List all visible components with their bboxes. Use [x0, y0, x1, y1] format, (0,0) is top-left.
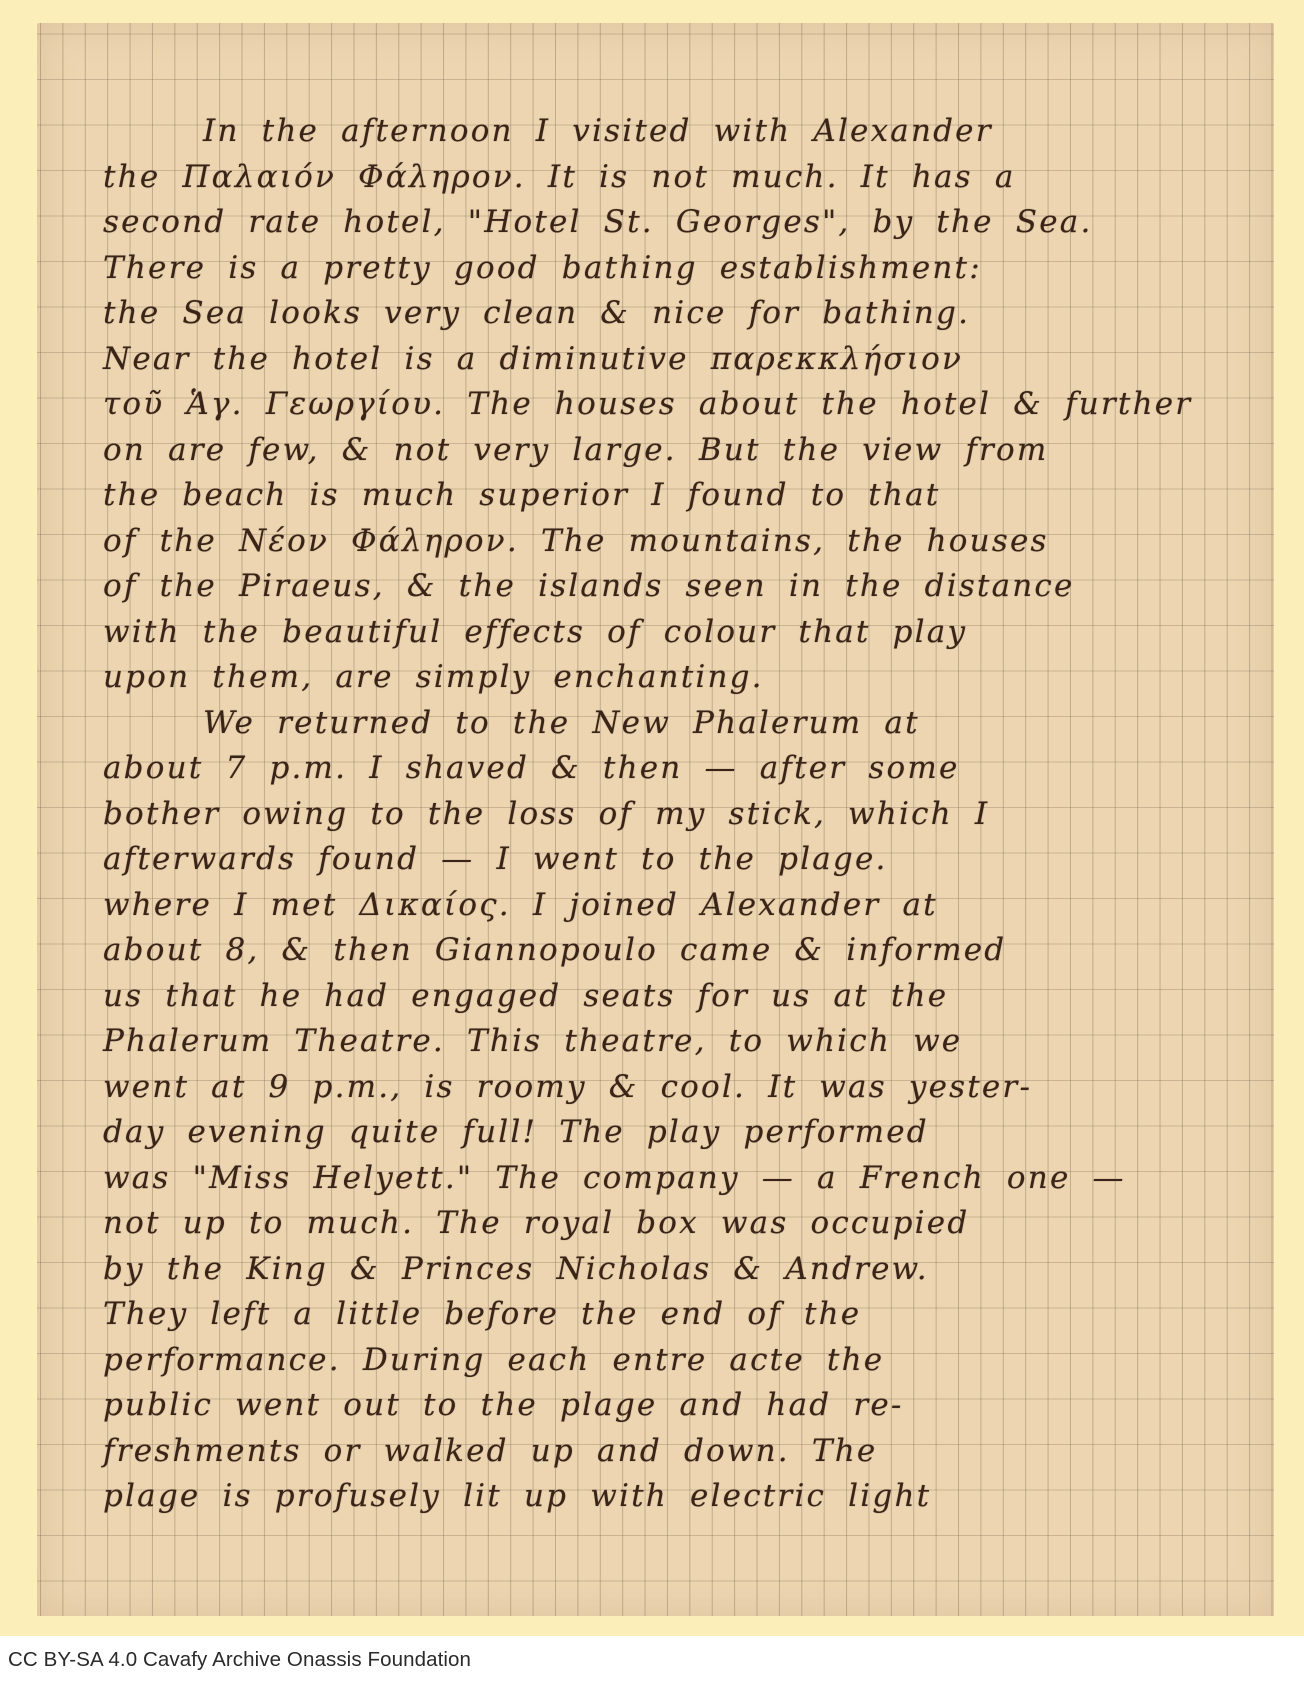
text-line: They left a little before the end of the [103, 1292, 1283, 1338]
text-line: Phalerum Theatre. This theatre, to which… [103, 1019, 1283, 1065]
text-line: us that he had engaged seats for us at t… [103, 974, 1283, 1020]
text-line: There is a pretty good bathing establish… [103, 246, 1283, 292]
text-line: performance. During each entre acte the [103, 1338, 1283, 1384]
text-line: was "Miss Helyett." The company — a Fren… [103, 1156, 1283, 1202]
text-line: not up to much. The royal box was occupi… [103, 1201, 1283, 1247]
license-credit: CC BY-SA 4.0 Cavafy Archive Onassis Foun… [8, 1648, 471, 1672]
text-line: public went out to the plage and had re- [103, 1383, 1283, 1429]
text-line: on are few, & not very large. But the vi… [103, 428, 1283, 474]
text-line: went at 9 p.m., is roomy & cool. It was … [103, 1065, 1283, 1111]
text-line: by the King & Princes Nicholas & Andrew. [103, 1247, 1283, 1293]
text-line: the Παλαιόν Φάληρον. It is not much. It … [103, 155, 1283, 201]
text-line: the Sea looks very clean & nice for bath… [103, 291, 1283, 337]
text-line: τοῦ Ἁγ. Γεωργίου. The houses about the h… [103, 382, 1283, 428]
text-line: day evening quite full! The play perform… [103, 1110, 1283, 1156]
text-line: with the beautiful effects of colour tha… [103, 610, 1283, 656]
ruled-paper-sheet: In the afternoon I visited with Alexande… [37, 23, 1274, 1616]
text-line: about 8, & then Giannopoulo came & infor… [103, 928, 1283, 974]
handwritten-text: In the afternoon I visited with Alexande… [103, 109, 1283, 1520]
text-line: bother owing to the loss of my stick, wh… [103, 792, 1283, 838]
text-line: of the Piraeus, & the islands seen in th… [103, 564, 1283, 610]
text-line: of the Νέον Φάληρον. The mountains, the … [103, 519, 1283, 565]
text-line: where I met Δικαίος. I joined Alexander … [103, 883, 1283, 929]
text-line: the beach is much superior I found to th… [103, 473, 1283, 519]
text-line: upon them, are simply enchanting. [103, 655, 1283, 701]
text-line: In the afternoon I visited with Alexande… [103, 109, 1283, 155]
text-line: afterwards found — I went to the plage. [103, 837, 1283, 883]
text-line: second rate hotel, "Hotel St. Georges", … [103, 200, 1283, 246]
text-line: plage is profusely lit up with electric … [103, 1474, 1283, 1520]
text-line: We returned to the New Phalerum at [103, 701, 1283, 747]
text-line: Near the hotel is a diminutive παρεκκλήσ… [103, 337, 1283, 383]
text-line: about 7 p.m. I shaved & then — after som… [103, 746, 1283, 792]
text-line: freshments or walked up and down. The [103, 1429, 1283, 1475]
